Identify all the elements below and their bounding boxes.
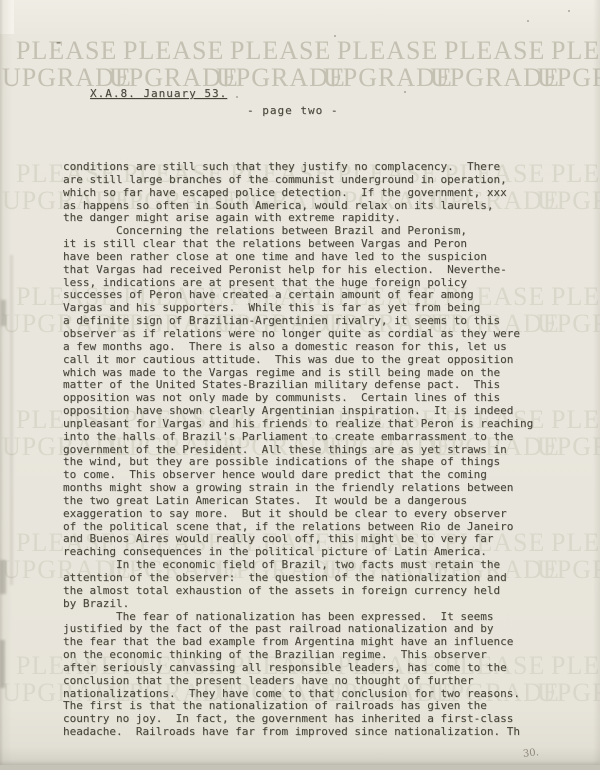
edge-smudge [1,300,6,326]
scan-bottom-edge [0,765,600,770]
paper-speck [334,35,336,37]
document-body: conditions are still such that they just… [63,161,533,739]
document-reference: X.A.8. January 53. [90,87,227,100]
paper-speck [568,10,570,12]
scan-corner-highlight [0,0,14,34]
scanned-document-page: PLEASEPLEASEPLEASEPLEASEPLEASEPLEASEUPGR… [0,0,600,770]
paper-crease [10,255,13,585]
watermark-please-row: PLEASEPLEASEPLEASEPLEASEPLEASEPLEASE [16,36,600,66]
edge-smudge [0,640,5,688]
pencil-mark: - [54,33,63,51]
page-number: 30. [522,747,539,760]
edge-smudge [0,560,6,594]
paper-speck [404,91,406,93]
scan-right-edge-shadow [593,0,600,770]
page-label: - page two - [247,104,338,117]
paper-speck [527,20,529,22]
paper-speck [236,96,238,98]
